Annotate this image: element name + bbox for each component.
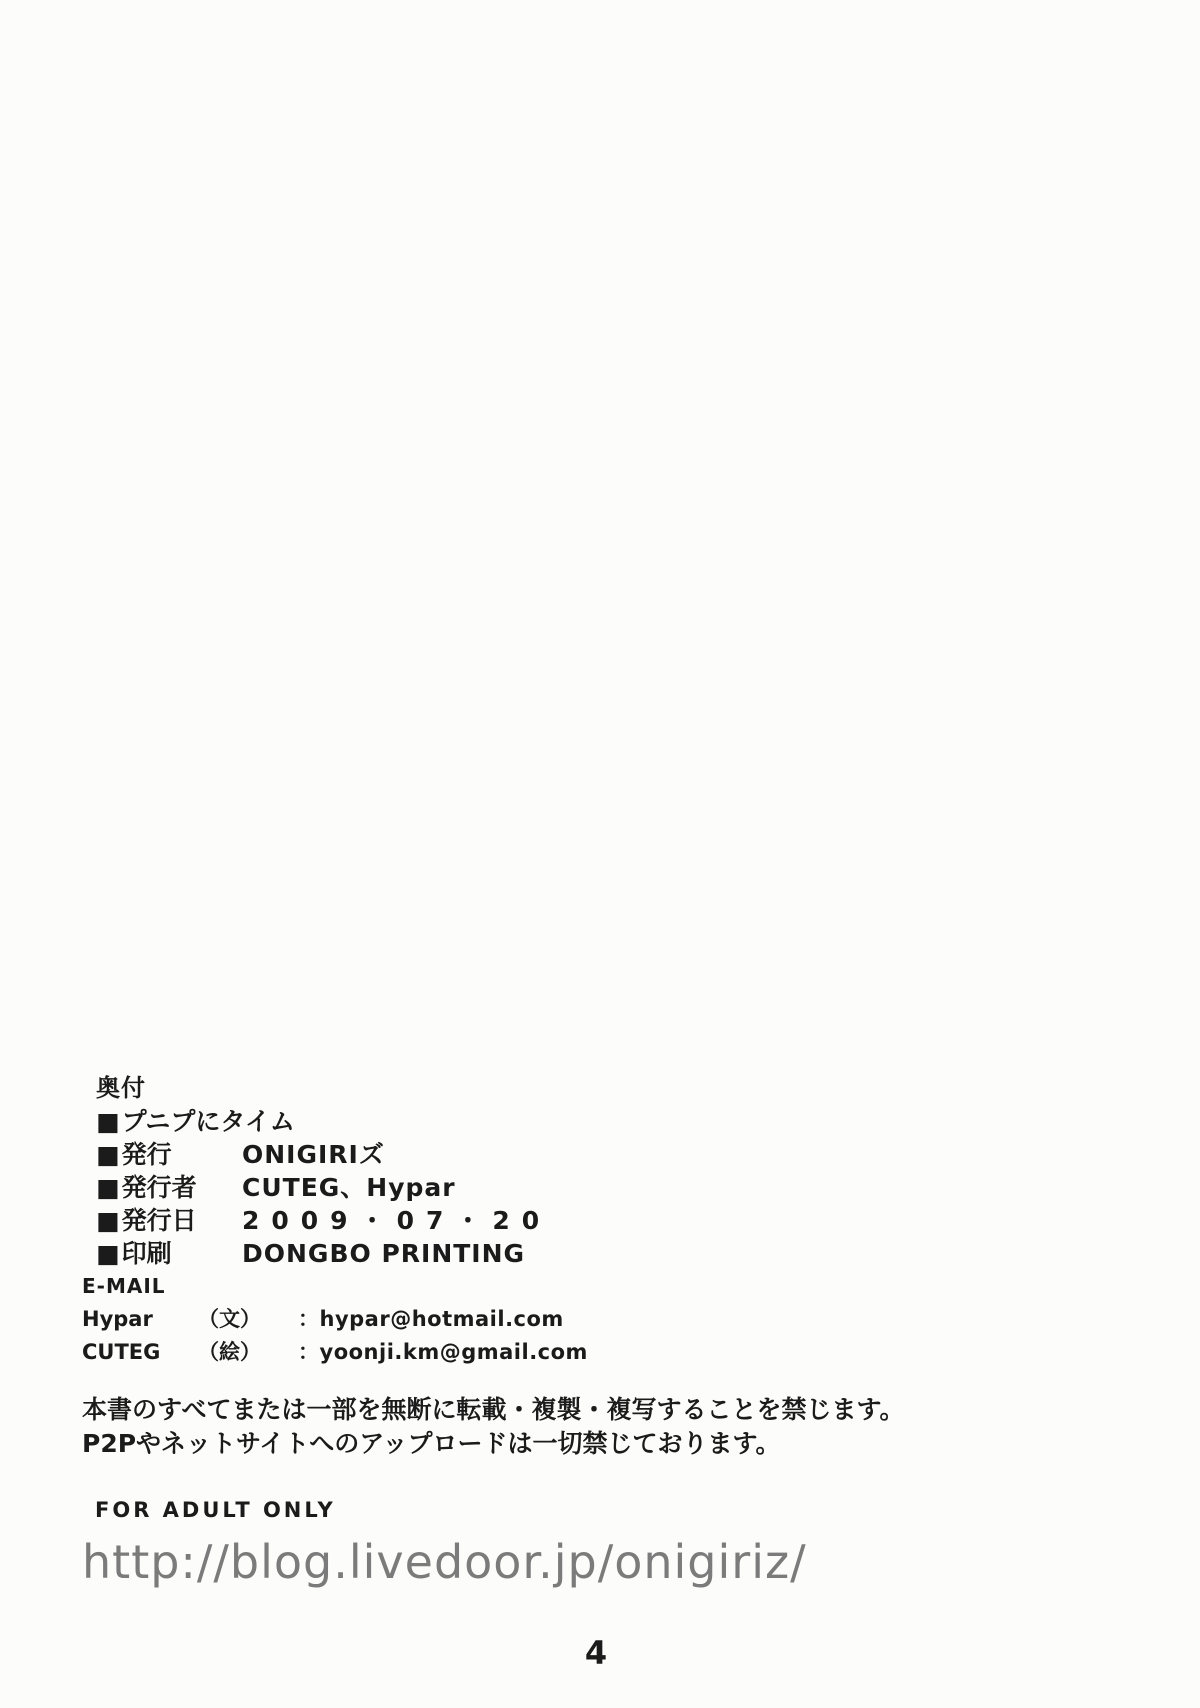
contact-address: ：yoonji.km@gmail.com bbox=[298, 1336, 588, 1369]
publisher-value: ONIGIRIズ bbox=[242, 1138, 385, 1171]
colophon-heading: 奥付 bbox=[96, 1072, 1142, 1105]
email-row-cuteg: CUTEG （絵） ：yoonji.km@gmail.com bbox=[82, 1336, 1142, 1369]
doujin-title-text: プニプにタイム bbox=[122, 1107, 295, 1136]
publish-date-label: ■発行日 bbox=[96, 1204, 242, 1237]
contact-role: （絵） bbox=[198, 1336, 298, 1369]
authors-label: ■発行者 bbox=[96, 1171, 242, 1204]
colophon-title-row: ■プニプにタイム bbox=[96, 1105, 1142, 1138]
authors-row: ■発行者 CUTEG、Hypar bbox=[96, 1171, 1142, 1204]
publish-date-value: 2009・07・20 bbox=[242, 1204, 551, 1237]
contact-name: CUTEG bbox=[82, 1336, 198, 1369]
publisher-row: ■発行 ONIGIRIズ bbox=[96, 1138, 1142, 1171]
publisher-label: ■発行 bbox=[96, 1138, 242, 1171]
copyright-notice-line2: P2Pやネットサイトへのアップロードは一切禁じております。 bbox=[82, 1427, 1142, 1461]
black-square-bullet-icon: ■ bbox=[96, 1140, 120, 1169]
email-row-hypar: Hypar （文） ：hypar@hotmail.com bbox=[82, 1303, 1142, 1336]
page-number: 4 bbox=[0, 1634, 1192, 1672]
colophon-block: 奥付 ■プニプにタイム ■発行 ONIGIRIズ ■発行者 CUTEG、Hypa… bbox=[82, 1072, 1142, 1270]
authors-value: CUTEG、Hypar bbox=[242, 1171, 456, 1204]
printer-label: ■印刷 bbox=[96, 1237, 242, 1270]
black-square-bullet-icon: ■ bbox=[96, 1173, 120, 1202]
publish-date-row: ■発行日 2009・07・20 bbox=[96, 1204, 1142, 1237]
black-square-bullet-icon: ■ bbox=[96, 1239, 120, 1268]
printer-row: ■印刷 DONGBO PRINTING bbox=[96, 1237, 1142, 1270]
black-square-bullet-icon: ■ bbox=[96, 1107, 120, 1136]
scanned-colophon-page: 奥付 ■プニプにタイム ■発行 ONIGIRIズ ■発行者 CUTEG、Hypa… bbox=[0, 0, 1200, 1708]
circle-blog-url: http://blog.livedoor.jp/onigiriz/ bbox=[82, 1535, 1142, 1589]
copyright-notice-line1: 本書のすべてまたは一部を無断に転載・複製・複写することを禁じます。 bbox=[82, 1393, 1142, 1427]
email-block: E-MAIL Hypar （文） ：hypar@hotmail.com CUTE… bbox=[82, 1270, 1142, 1369]
email-heading: E-MAIL bbox=[82, 1270, 1142, 1303]
black-square-bullet-icon: ■ bbox=[96, 1206, 120, 1235]
contact-address: ：hypar@hotmail.com bbox=[298, 1303, 564, 1336]
printer-value: DONGBO PRINTING bbox=[242, 1237, 525, 1270]
copyright-notice: 本書のすべてまたは一部を無断に転載・複製・複写することを禁じます。 P2Pやネッ… bbox=[82, 1393, 1142, 1461]
doujin-title: ■プニプにタイム bbox=[96, 1105, 295, 1138]
adult-only-label: FOR ADULT ONLY bbox=[82, 1497, 1142, 1523]
contact-role: （文） bbox=[198, 1303, 298, 1336]
contact-name: Hypar bbox=[82, 1303, 198, 1336]
colophon-content: 奥付 ■プニプにタイム ■発行 ONIGIRIズ ■発行者 CUTEG、Hypa… bbox=[82, 1072, 1142, 1589]
